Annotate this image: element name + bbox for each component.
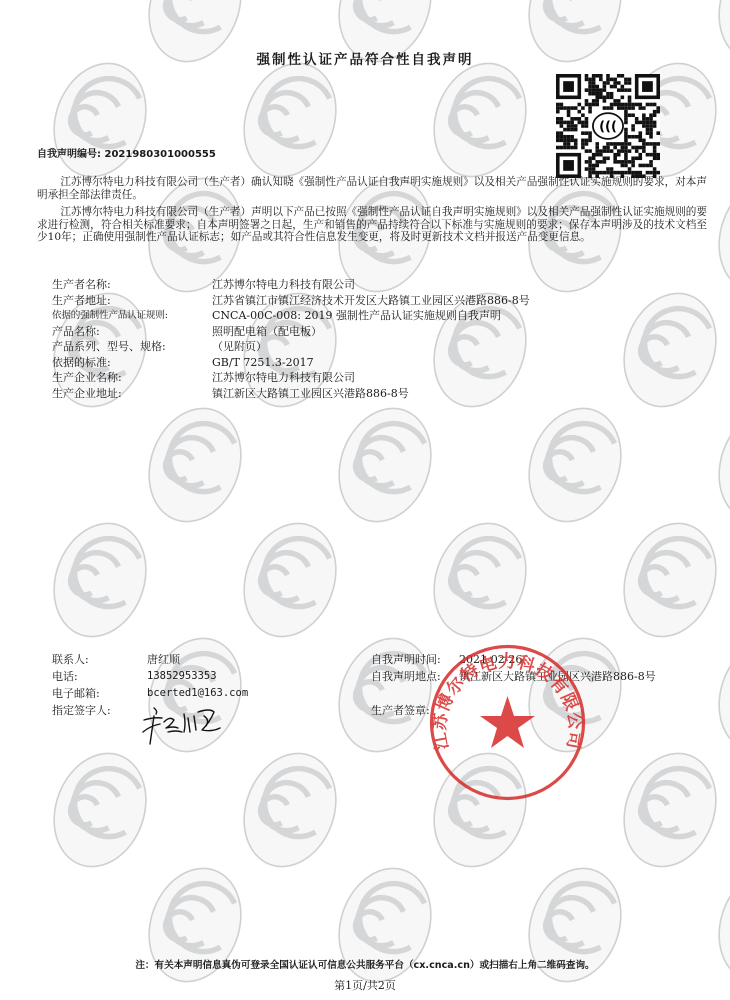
field-label: 依据的标准: <box>52 355 212 371</box>
field-label: 产品系列、型号、规格: <box>52 339 212 355</box>
ccc-qr-code-icon[interactable]: ((( <box>556 74 660 178</box>
field-row: 依据的强制性产品认证规则:CNCA-00C-008: 2019 强制性产品认证实… <box>52 308 612 324</box>
field-value: 江苏省镇江市镇江经济技术开发区大路镇工业园区兴港路886-8号 <box>212 293 530 309</box>
ccc-watermark-icon <box>229 50 351 189</box>
field-label: 生产企业地址: <box>52 386 212 402</box>
field-value: 江苏博尔特电力科技有限公司 <box>212 277 355 293</box>
ccc-watermark-icon <box>609 740 730 879</box>
contact-person-label: 联系人: <box>52 651 147 668</box>
field-row: 产品系列、型号、规格:（见附页） <box>52 339 612 355</box>
email-label: 电子邮箱: <box>52 685 147 702</box>
verification-note: 注：有关本声明信息真伪可登录全国认证认可信息公共服务平台（cx.cnca.cn）… <box>0 957 730 971</box>
field-value: （见附页） <box>212 339 267 355</box>
field-label: 生产者名称: <box>52 277 212 293</box>
handwritten-signature <box>140 702 235 747</box>
field-row: 依据的标准:GB/T 7251.3-2017 <box>52 355 612 371</box>
field-row: 生产企业地址:镇江新区大路镇工业园区兴港路886-8号 <box>52 386 612 402</box>
field-label: 生产者地址: <box>52 293 212 309</box>
declaration-number: 自我声明编号: 2021980301000555 <box>37 145 216 160</box>
signatory-label: 指定签字人: <box>52 702 147 719</box>
company-seal-stamp-icon: 江苏博尔特电力科技有限公司 <box>425 640 590 805</box>
field-row: 生产者名称:江苏博尔特电力科技有限公司 <box>52 277 612 293</box>
contact-person-value: 唐红顺 <box>147 651 180 668</box>
ccc-watermark-icon <box>609 280 730 419</box>
field-value: 江苏博尔特电力科技有限公司 <box>212 370 355 386</box>
ccc-watermark-icon <box>39 50 161 189</box>
paragraph-text: 江苏博尔特电力科技有限公司（生产者）声明以下产品已按照《强制性产品认证自我声明实… <box>37 206 707 244</box>
declaration-number-label: 自我声明编号: <box>37 149 101 160</box>
ccc-watermark-icon <box>514 395 636 534</box>
field-row: 生产者地址:江苏省镇江市镇江经济技术开发区大路镇工业园区兴港路886-8号 <box>52 293 612 309</box>
field-label: 生产企业名称: <box>52 370 212 386</box>
ccc-watermark-icon <box>419 510 541 649</box>
ccc-watermark-icon <box>324 395 446 534</box>
phone-label: 电话: <box>52 668 147 685</box>
field-label: 产品名称: <box>52 324 212 340</box>
field-value: 照明配电箱（配电板） <box>212 324 322 340</box>
ccc-watermark-icon <box>229 740 351 879</box>
declaration-paragraph: 江苏博尔特电力科技有限公司（生产者）声明以下产品已按照《强制性产品认证自我声明实… <box>37 206 707 244</box>
svg-text:(((: ((( <box>599 120 617 135</box>
page-title: 强制性认证产品符合性自我声明 <box>0 48 730 68</box>
ccc-watermark-icon <box>704 625 730 764</box>
contact-person-row: 联系人: 唐红顺 <box>52 651 248 668</box>
page-indicator: 第1页/共2页 <box>0 977 730 993</box>
email-row: 电子邮箱: bcerted1@163.com <box>52 685 248 702</box>
phone-value: 13852953353 <box>147 668 217 685</box>
declaration-number-value: 2021980301000555 <box>104 149 215 160</box>
ccc-watermark-icon <box>514 855 636 994</box>
field-label: 依据的强制性产品认证规则: <box>52 308 212 324</box>
field-row: 产品名称:照明配电箱（配电板） <box>52 324 612 340</box>
email-value[interactable]: bcerted1@163.com <box>147 685 248 702</box>
ccc-watermark-icon <box>134 855 256 994</box>
ccc-watermark-icon <box>39 510 161 649</box>
field-value: 镇江新区大路镇工业园区兴港路886-8号 <box>212 386 409 402</box>
field-row: 生产企业名称:江苏博尔特电力科技有限公司 <box>52 370 612 386</box>
product-fields: 生产者名称:江苏博尔特电力科技有限公司生产者地址:江苏省镇江市镇江经济技术开发区… <box>52 277 612 401</box>
ccc-watermark-icon <box>704 395 730 534</box>
phone-row: 电话: 13852953353 <box>52 668 248 685</box>
field-value: CNCA-00C-008: 2019 强制性产品认证实施规则自我声明 <box>212 308 501 324</box>
ccc-watermark-icon <box>704 855 730 994</box>
ccc-watermark-icon <box>609 510 730 649</box>
ccc-watermark-icon <box>704 165 730 304</box>
ccc-watermark-icon <box>229 510 351 649</box>
ccc-watermark-icon <box>134 395 256 534</box>
ccc-watermark-icon <box>324 855 446 994</box>
ccc-watermark-icon <box>39 740 161 879</box>
ccc-watermark-icon <box>419 50 541 189</box>
acknowledgement-paragraph: 江苏博尔特电力科技有限公司（生产者）确认知晓《强制性产品认证自我声明实施规则》以… <box>37 176 707 201</box>
paragraph-text: 江苏博尔特电力科技有限公司（生产者）确认知晓《强制性产品认证自我声明实施规则》以… <box>37 176 707 201</box>
field-value: GB/T 7251.3-2017 <box>212 355 314 371</box>
